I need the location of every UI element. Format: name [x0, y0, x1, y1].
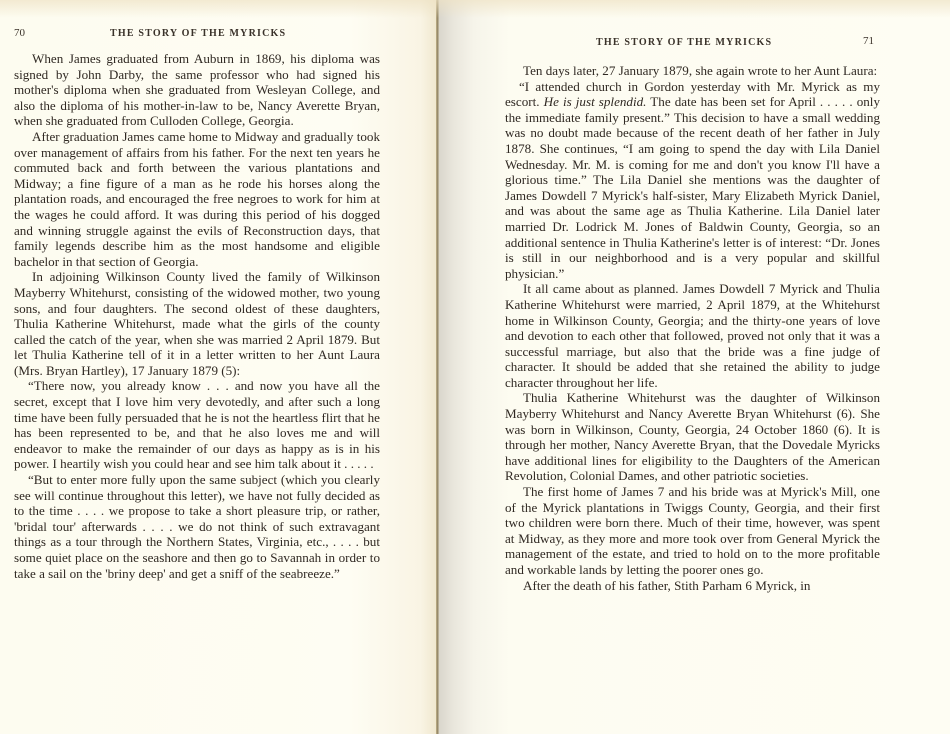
- book-gutter: [436, 0, 439, 734]
- quote-text: The date has been set for April . . . . …: [505, 94, 880, 281]
- paragraph: It all came about as planned. James Dowd…: [505, 281, 880, 390]
- book-spread: 70 THE STORY OF THE MYRICKS When James g…: [0, 0, 950, 734]
- paragraph: After graduation James came home to Midw…: [14, 129, 380, 269]
- letter-quote: “There now, you already know . . . and n…: [14, 378, 380, 472]
- paragraph: After the death of his father, Stith Par…: [505, 578, 880, 594]
- left-page-body: When James graduated from Auburn in 1869…: [14, 51, 380, 581]
- running-head-right: THE STORY OF THE MYRICKS: [596, 37, 772, 48]
- paragraph: Ten days later, 27 January 1879, she aga…: [505, 63, 880, 79]
- italic-phrase: He is just splendid.: [544, 94, 647, 109]
- right-page-body: Ten days later, 27 January 1879, she aga…: [505, 63, 880, 593]
- paragraph: Thulia Katherine Whitehurst was the daug…: [505, 390, 880, 484]
- letter-quote: “But to enter more fully upon the same s…: [14, 472, 380, 581]
- left-page: 70 THE STORY OF THE MYRICKS When James g…: [0, 0, 438, 734]
- paragraph: In adjoining Wilkinson County lived the …: [14, 269, 380, 378]
- page-number-right: 71: [863, 35, 874, 47]
- page-top-shading: [0, 0, 950, 18]
- paragraph: When James graduated from Auburn in 1869…: [14, 51, 380, 129]
- paragraph-letter-excerpt: “I attended church in Gordon yesterday w…: [505, 79, 880, 282]
- paragraph: The first home of James 7 and his bride …: [505, 484, 880, 578]
- page-number-left: 70: [14, 27, 25, 39]
- running-head-left: THE STORY OF THE MYRICKS: [110, 28, 286, 39]
